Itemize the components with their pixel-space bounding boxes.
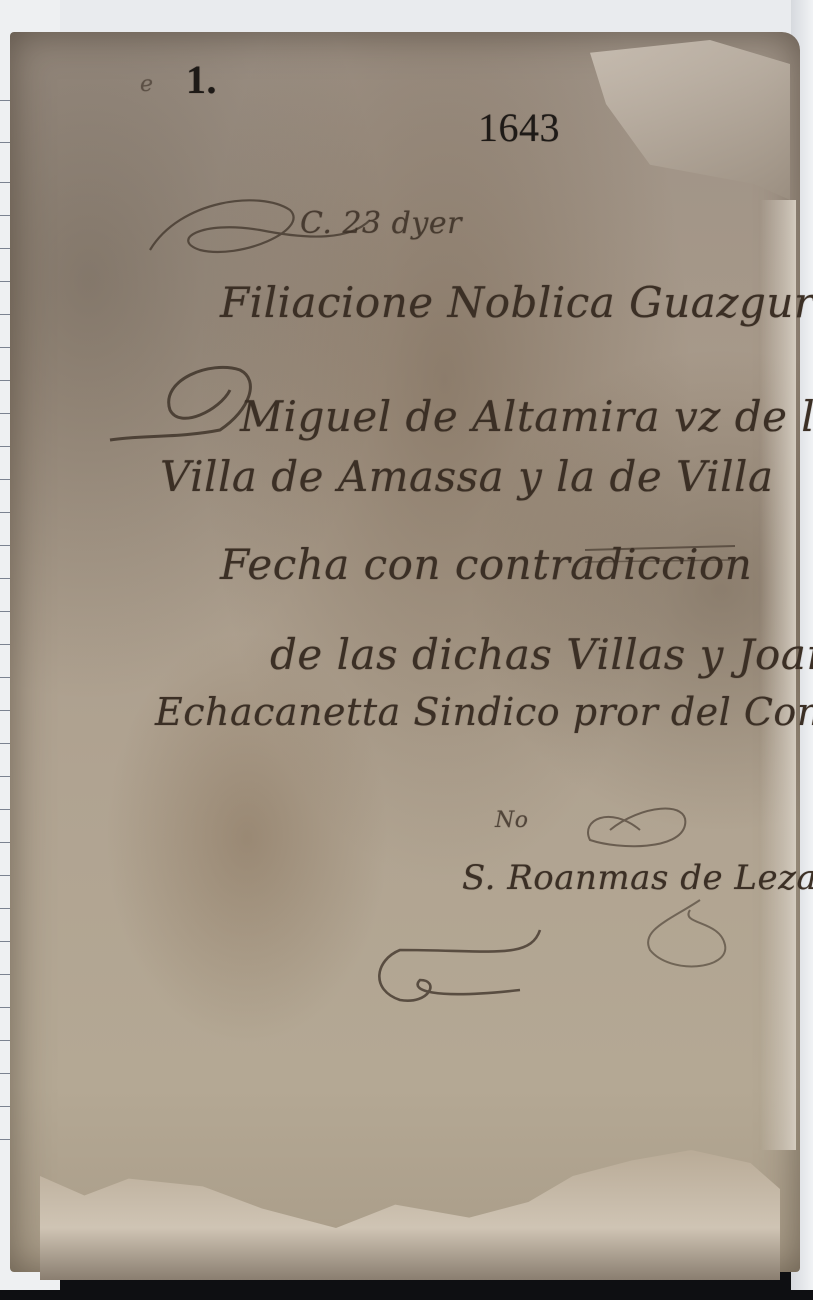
line-3: Villa de Amassa y la de Villa (160, 452, 774, 501)
background-sheet-top (0, 0, 813, 36)
annotation-no: No (495, 808, 529, 833)
line-1: Filiacione Noblica Guazgurid (220, 278, 813, 327)
year: 1643 (478, 104, 560, 151)
signature-flourish (370, 920, 550, 1030)
folio-mark: 1. (186, 56, 217, 103)
double-rule (580, 540, 740, 570)
reference-mark: e (140, 72, 154, 97)
signature: S. Roanmas de Lezana (462, 858, 813, 898)
line-2: Miguel de Altamira vz de la (240, 392, 813, 441)
line-6: Echacanetta Sindico pror del Conz de Ell… (155, 690, 813, 734)
line-5: de las dichas Villas y Joanes (270, 630, 813, 679)
loop-flourish (630, 890, 740, 980)
